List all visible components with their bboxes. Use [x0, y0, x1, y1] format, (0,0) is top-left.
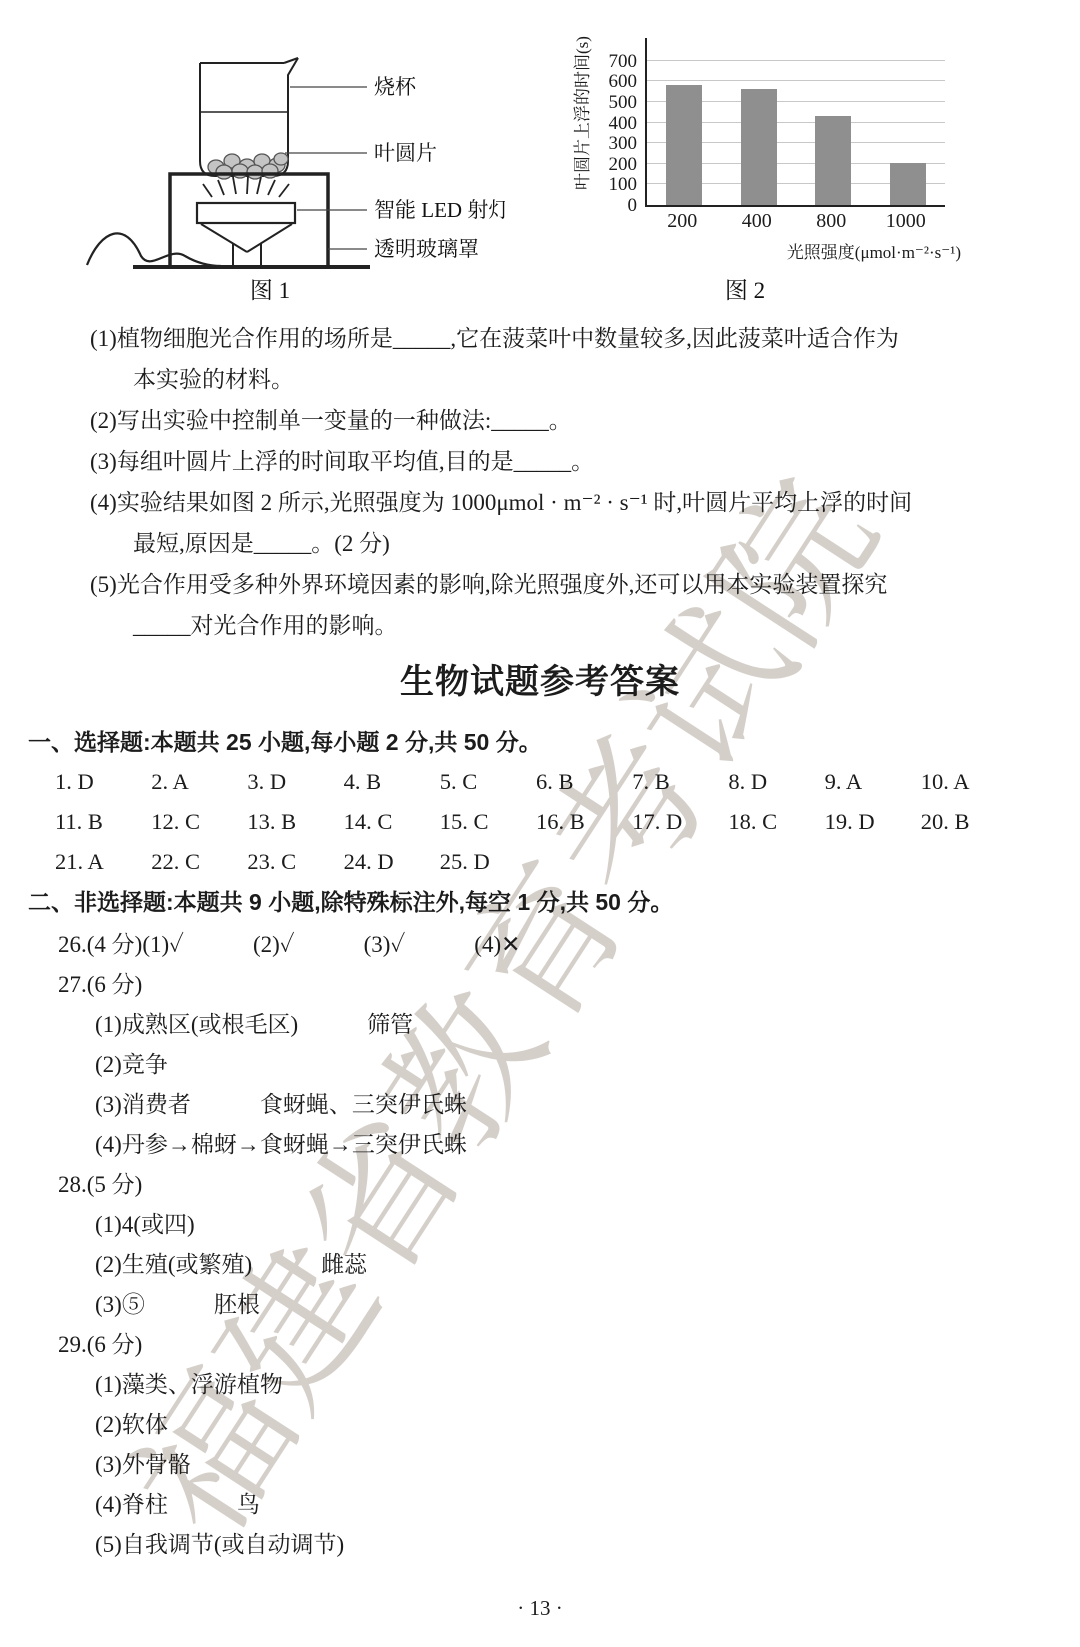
choice-answer: 1. D: [55, 768, 151, 808]
glass-cover-label: 透明玻璃罩: [374, 237, 479, 261]
text-line: (3)每组叶圆片上浮的时间取平均值,目的是_____。: [0, 441, 1080, 482]
glass-cover-shape: [170, 174, 328, 267]
text-line: (4)实验结果如图 2 所示,光照强度为 1000μmol · m⁻² · s⁻…: [0, 482, 1080, 523]
chart-y-tick-label: 400: [609, 113, 638, 134]
choice-answer: 23. C: [247, 848, 343, 888]
chart-bars: [647, 38, 945, 205]
choice-answer: 10. A: [921, 768, 1017, 808]
choice-answer: 4. B: [344, 768, 440, 808]
leaf-disc-label: 叶圆片: [374, 141, 437, 165]
text-line: 28.(5 分): [0, 1165, 1080, 1205]
text-line: (5)光合作用受多种外界环境因素的影响,除光照强度外,还可以用本实验装置探究: [0, 564, 1080, 605]
text-line: (4)脊柱 鸟: [0, 1485, 1080, 1525]
choice-answer: 18. C: [728, 808, 824, 848]
choice-grid: 1. D2. A3. D4. B5. C6. B7. B8. D9. A10. …: [55, 768, 1017, 888]
text-line: (2)写出实验中控制单一变量的一种做法:_____。: [0, 400, 1080, 441]
text-line: 29.(6 分): [0, 1325, 1080, 1365]
choice-answer: 3. D: [247, 768, 343, 808]
choice-answer: 12. C: [151, 808, 247, 848]
chart-x-tick-label: 400: [720, 210, 795, 233]
chart-x-tick-label: 200: [645, 210, 720, 233]
choice-answer: 11. B: [55, 808, 151, 848]
choice-answer: 13. B: [247, 808, 343, 848]
text-line: (1)藻类、浮游植物: [0, 1365, 1080, 1405]
text-line: (2)生殖(或繁殖) 雌蕊: [0, 1245, 1080, 1285]
chart-y-tick-label: 300: [609, 133, 638, 154]
figure1-caption: 图 1: [85, 272, 455, 305]
chart-bar: [741, 89, 777, 205]
chart-x-tick-label: 1000: [869, 210, 944, 233]
choice-answer: 22. C: [151, 848, 247, 888]
exam-answer-page: 福建省教育考试院: [0, 0, 1080, 1647]
text-line: (4)丹参→棉蚜→食蚜蝇→三突伊氏蛛: [0, 1125, 1080, 1165]
chart-y-ticks: 0100200300400500600700: [593, 38, 637, 205]
chart-y-tick-label: 100: [609, 174, 638, 195]
answer-key-title: 生物试题参考答案: [0, 654, 1080, 703]
text-line: 本实验的材料。: [0, 359, 1080, 400]
apparatus-diagram: 烧杯 叶圆片 智能 LED 射灯 透明玻璃罩: [85, 20, 505, 270]
choice-answer: 9. A: [825, 768, 921, 808]
chart-bar: [815, 116, 851, 205]
chart-x-axis-label: 光照强度(μmol·m⁻²·s⁻¹): [629, 238, 961, 263]
chart-bar-slot: [647, 85, 722, 205]
chart-bar-slot: [796, 116, 871, 205]
text-line: 27.(6 分): [0, 965, 1080, 1005]
chart-bar: [890, 163, 926, 205]
lamp-stand: [201, 224, 292, 266]
choice-answer: 15. C: [440, 808, 536, 848]
choice-answer: 17. D: [632, 808, 728, 848]
choice-answer: 2. A: [151, 768, 247, 808]
choice-answer: 5. C: [440, 768, 536, 808]
choice-answer: 14. C: [344, 808, 440, 848]
text-line: (1)成熟区(或根毛区) 筛管: [0, 1005, 1080, 1045]
chart-y-axis-label: 叶圆片上浮的时间(s): [568, 0, 590, 228]
chart-y-tick-label: 600: [609, 71, 638, 92]
text-line: (1)4(或四): [0, 1205, 1080, 1245]
chart-bar-slot: [722, 89, 797, 205]
text-line: (3)⑤ 胚根: [0, 1285, 1080, 1325]
wavy-surface: [87, 233, 221, 266]
chart-y-tick-label: 200: [609, 154, 638, 175]
text-line: (5)自我调节(或自动调节): [0, 1525, 1080, 1565]
section1-heading: 一、选择题:本题共 25 小题,每小题 2 分,共 50 分。: [28, 724, 542, 757]
chart-x-tick-label: 800: [794, 210, 869, 233]
chart-plot-area: [645, 38, 945, 207]
questions-block: (1)植物细胞光合作用的场所是_____,它在菠菜叶中数量较多,因此菠菜叶适合作…: [0, 318, 1080, 646]
led-lamp-shape: [197, 203, 295, 223]
text-line: (2)竞争: [0, 1045, 1080, 1085]
text-line: 最短,原因是_____。(2 分): [0, 523, 1080, 564]
text-line: (1)植物细胞光合作用的场所是_____,它在菠菜叶中数量较多,因此菠菜叶适合作…: [0, 318, 1080, 359]
choice-answer: 8. D: [728, 768, 824, 808]
light-rays: [203, 176, 289, 197]
chart-y-tick-label: 700: [609, 51, 638, 72]
bar-chart: 叶圆片上浮的时间(s) 0100200300400500600700 20040…: [565, 15, 965, 265]
section2-heading: 二、非选择题:本题共 9 小题,除特殊标注外,每空 1 分,共 50 分。: [28, 884, 673, 917]
choice-answer: 20. B: [921, 808, 1017, 848]
label-lines: [285, 87, 367, 249]
choice-answer: 7. B: [632, 768, 728, 808]
choice-answer: 6. B: [536, 768, 632, 808]
beaker-label: 烧杯: [374, 75, 417, 99]
text-line: (2)软体: [0, 1405, 1080, 1445]
choice-answer: 21. A: [55, 848, 151, 888]
chart-x-ticks: 2004008001000: [645, 210, 943, 233]
led-lamp-label: 智能 LED 射灯: [374, 198, 505, 222]
text-line: _____对光合作用的影响。: [0, 605, 1080, 646]
choice-answer: 16. B: [536, 808, 632, 848]
text-line: (3)外骨骼: [0, 1445, 1080, 1485]
choice-answer: 19. D: [825, 808, 921, 848]
chart-bar-slot: [871, 163, 946, 205]
choice-answer: 25. D: [440, 848, 536, 888]
chart-bar: [666, 85, 702, 205]
chart-y-tick-label: 500: [609, 92, 638, 113]
page-number: · 13 ·: [0, 1596, 1080, 1621]
text-line: 26.(4 分)(1)✓ (2)✓ (3)✓ (4)✕: [0, 925, 1080, 965]
text-line: (3)消费者 食蚜蝇、三突伊氏蛛: [0, 1085, 1080, 1125]
choice-answer: 24. D: [344, 848, 440, 888]
figure2-caption: 图 2: [565, 272, 925, 305]
chart-y-tick-label: 0: [628, 195, 638, 216]
non-choice-answers-block: 26.(4 分)(1)✓ (2)✓ (3)✓ (4)✕27.(6 分)(1)成熟…: [0, 925, 1080, 1565]
